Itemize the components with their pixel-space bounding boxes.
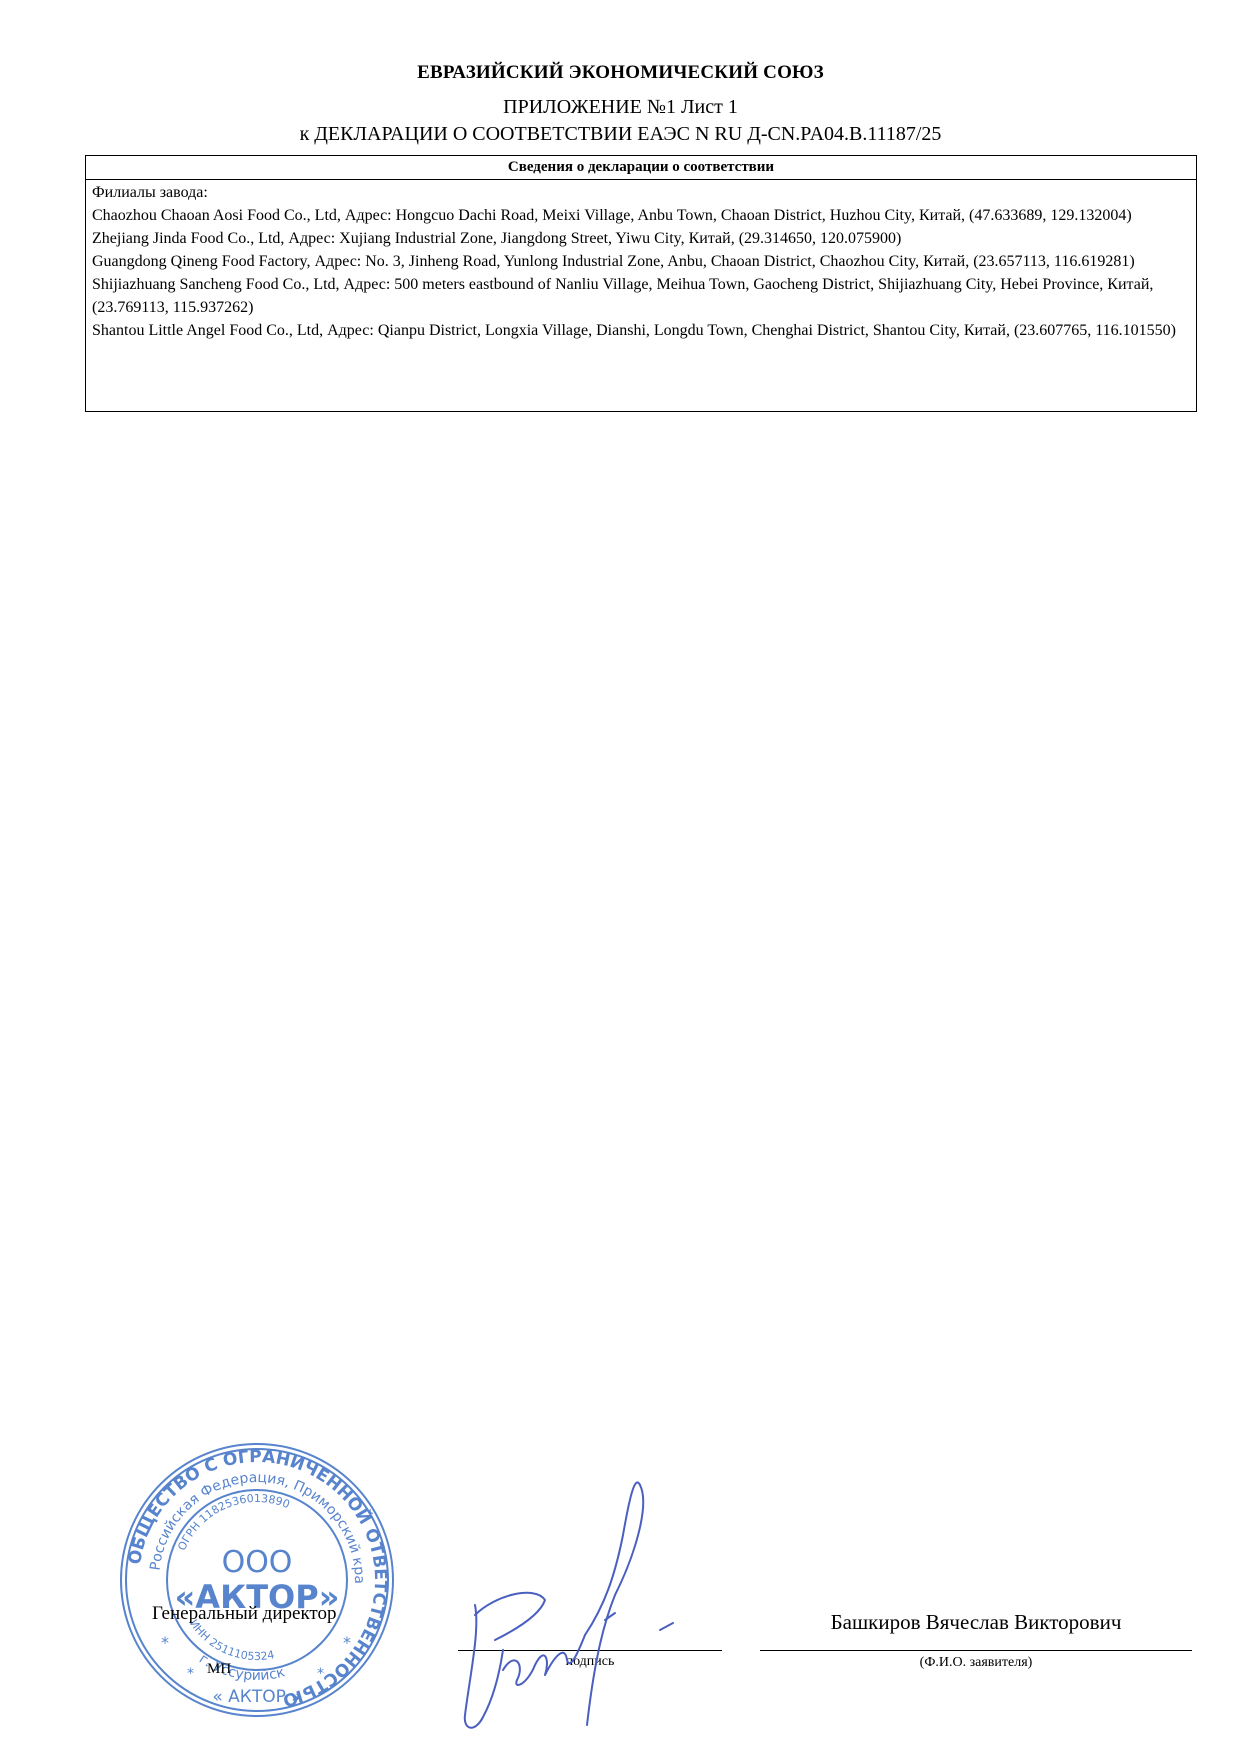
stamp-bottom-text: « АКТОР » xyxy=(212,1687,301,1707)
appendix-title: ПРИЛОЖЕНИЕ №1 Лист 1 xyxy=(0,96,1241,119)
branch-entry: Chaozhou Chaoan Aosi Food Co., Ltd, Адре… xyxy=(92,204,1190,227)
star-icon: * xyxy=(161,1633,169,1652)
seal-place-label: МП xyxy=(207,1661,231,1678)
handwritten-signature xyxy=(455,1455,685,1740)
table-heading: Сведения о декларации о соответствии xyxy=(86,156,1196,180)
union-title: ЕВРАЗИЙСКИЙ ЭКОНОМИЧЕСКИЙ СОЮЗ xyxy=(0,62,1241,84)
table-body: Филиалы завода: Chaozhou Chaoan Aosi Foo… xyxy=(86,180,1196,342)
branch-entry: Shantou Little Angel Food Co., Ltd, Адре… xyxy=(92,319,1190,342)
name-caption: (Ф.И.О. заявителя) xyxy=(760,1655,1192,1671)
declaration-info-table: Сведения о декларации о соответствии Фил… xyxy=(85,155,1197,412)
signer-role: Генеральный директор xyxy=(152,1603,336,1625)
company-stamp: ОБЩЕСТВО С ОГРАНИЧЕННОЙ ОТВЕТСТВЕННОСТЬЮ… xyxy=(117,1440,397,1720)
branches-label: Филиалы завода: xyxy=(92,181,1190,204)
stamp-center-ooo: ООО xyxy=(222,1545,293,1580)
name-line xyxy=(760,1650,1192,1651)
branch-entry: Shijiazhuang Sancheng Food Co., Ltd, Адр… xyxy=(92,273,1190,319)
star-icon: * xyxy=(343,1633,351,1652)
branch-entry: Guangdong Qineng Food Factory, Адрес: No… xyxy=(92,250,1190,273)
declaration-number: к ДЕКЛАРАЦИИ О СООТВЕТСТВИИ ЕАЭС N RU Д-… xyxy=(0,123,1241,146)
branch-entry: Zhejiang Jinda Food Co., Ltd, Адрес: Xuj… xyxy=(92,227,1190,250)
star-icon: * xyxy=(187,1666,194,1682)
star-icon: * xyxy=(317,1666,324,1682)
applicant-name: Башкиров Вячеслав Викторович xyxy=(760,1610,1192,1635)
